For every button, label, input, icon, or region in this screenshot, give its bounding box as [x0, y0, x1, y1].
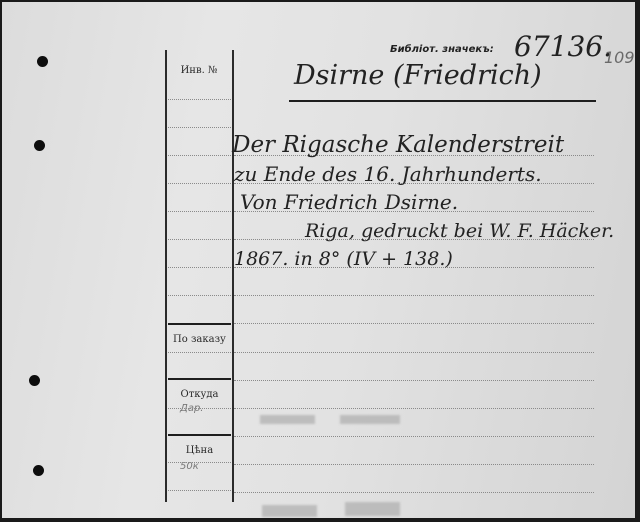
punch-hole — [37, 56, 48, 67]
title-line-3: Von Friedrich Dsirne. — [240, 190, 458, 214]
column-divider-left — [165, 50, 167, 502]
main-rule — [234, 408, 594, 409]
catalog-card: Инв. № По заказу Откуда Дар. Цѣна 50к Би… — [2, 2, 635, 518]
author-heading: Dsirne (Friedrich) — [294, 60, 542, 91]
left-rule — [168, 211, 231, 212]
main-rule — [234, 323, 594, 324]
imprint-line: Riga, gedruckt bei W. F. Häcker. — [305, 220, 614, 242]
section-divider — [168, 378, 231, 380]
left-rule — [168, 408, 231, 409]
faded-stamp — [260, 415, 315, 424]
price-label: Цѣна — [168, 445, 231, 456]
faded-stamp — [345, 502, 400, 516]
main-rule — [234, 436, 594, 437]
column-divider-right — [232, 50, 234, 502]
library-mark-label: Библіот. значекъ: — [390, 44, 494, 55]
section-divider — [168, 434, 231, 436]
main-rule — [234, 492, 594, 493]
author-underline — [289, 100, 596, 102]
faded-stamp — [262, 505, 317, 517]
left-rule — [168, 127, 231, 128]
left-rule — [168, 267, 231, 268]
left-rule — [168, 99, 231, 100]
main-rule — [234, 295, 594, 296]
title-line-1: Der Rigasche Kalenderstreit — [232, 132, 564, 158]
punch-hole — [29, 375, 40, 386]
left-rule — [168, 183, 231, 184]
source-label: Откуда — [168, 389, 231, 400]
left-rule — [168, 155, 231, 156]
left-rule — [168, 462, 231, 463]
title-line-2: zu Ende des 16. Jahrhunderts. — [234, 162, 542, 186]
left-rule — [168, 239, 231, 240]
library-mark-value: 67136. — [514, 30, 612, 63]
left-rule — [168, 352, 231, 353]
section-divider — [168, 323, 231, 325]
main-rule — [234, 352, 594, 353]
punch-hole — [34, 140, 45, 151]
collation-line: 1867. in 8° (IV + 138.) — [234, 248, 453, 270]
inventory-label: Инв. № — [174, 64, 224, 78]
left-rule — [168, 295, 231, 296]
pencil-number: 109 — [604, 48, 635, 67]
left-rule — [168, 490, 231, 491]
punch-hole — [33, 465, 44, 476]
order-label: По заказу — [168, 334, 231, 345]
main-rule — [234, 464, 594, 465]
faded-stamp — [340, 415, 400, 424]
main-rule — [234, 380, 594, 381]
